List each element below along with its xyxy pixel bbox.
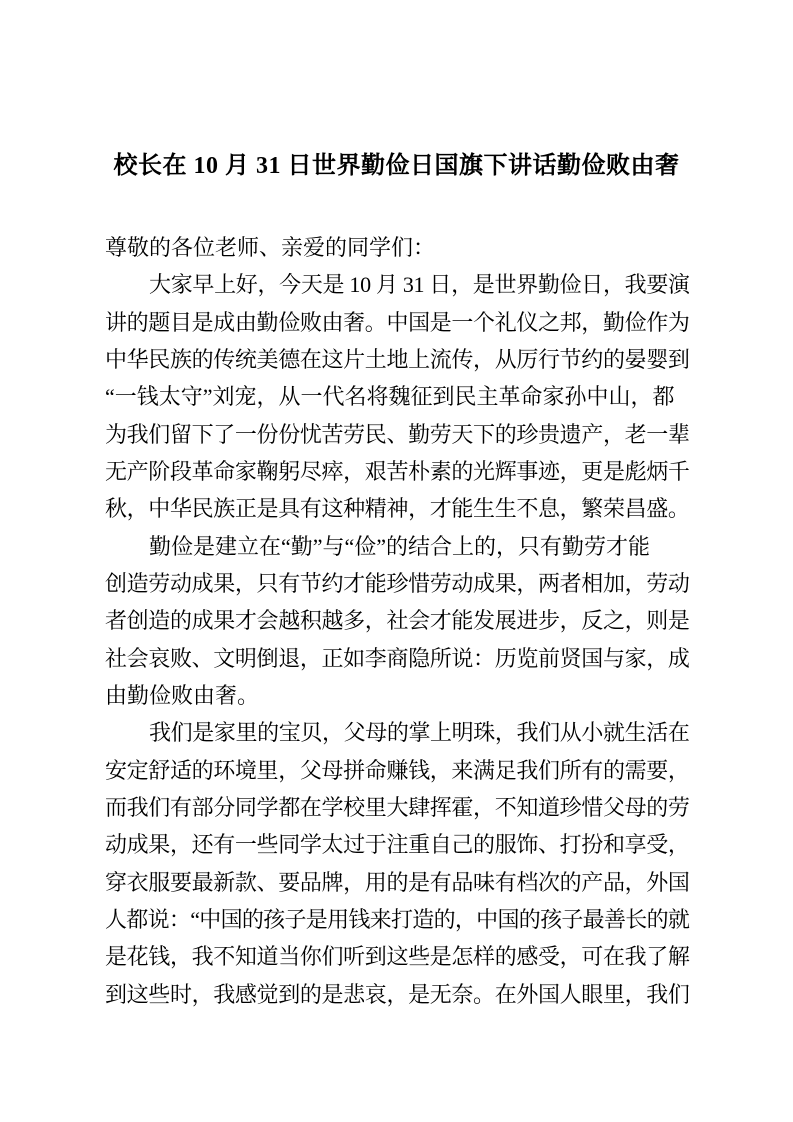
text-line: 由勤俭败由奢。	[105, 677, 690, 714]
text-line: 大家早上好，今天是 10 月 31 日，是世界勤俭日，我要演	[105, 266, 690, 303]
text-line: 讲的题目是成由勤俭败由奢。中国是一个礼仪之邦，勤俭作为	[105, 304, 690, 341]
document-body: 尊敬的各位老师、亲爱的同学们：大家早上好，今天是 10 月 31 日，是世界勤俭…	[105, 229, 690, 1013]
text-line: 秋，中华民族正是具有这种精神，才能生生不息，繁荣昌盛。	[105, 490, 690, 527]
text-line: 安定舒适的环境里，父母拼命赚钱，来满足我们所有的需要，	[105, 752, 690, 789]
text-line: 者创造的成果才会越积越多，社会才能发展进步，反之，则是	[105, 602, 690, 639]
text-line: 动成果，还有一些同学太过于注重自己的服饰、打扮和享受，	[105, 826, 690, 863]
text-line: 中华民族的传统美德在这片土地上流传，从厉行节约的晏婴到	[105, 341, 690, 378]
text-line: 而我们有部分同学都在学校里大肆挥霍，不知道珍惜父母的劳	[105, 789, 690, 826]
text-line: 社会哀败、文明倒退，正如李商隐所说：历览前贤国与家，成	[105, 640, 690, 677]
text-line: 是花钱，我不知道当你们听到这些是怎样的感受，可在我了解	[105, 938, 690, 975]
text-line: 穿衣服要最新款、要品牌，用的是有品味有档次的产品，外国	[105, 864, 690, 901]
text-line: “一钱太守”刘宠，从一代名将魏征到民主革命家孙中山，都	[105, 378, 690, 415]
text-line: 尊敬的各位老师、亲爱的同学们：	[105, 229, 690, 266]
text-line: 人都说：“中国的孩子是用钱来打造的，中国的孩子最善长的就	[105, 901, 690, 938]
document-page: 校长在 10 月 31 日世界勤俭日国旗下讲话勤俭败由奢 尊敬的各位老师、亲爱的…	[0, 0, 793, 1122]
text-line: 到这些时，我感觉到的是悲哀，是无奈。在外国人眼里，我们	[105, 976, 690, 1013]
text-line: 创造劳动成果，只有节约才能珍惜劳动成果，两者相加，劳动	[105, 565, 690, 602]
text-line: 无产阶段革命家鞠躬尽瘁，艰苦朴素的光辉事迹，更是彪炳千	[105, 453, 690, 490]
text-line: 勤俭是建立在“勤”与“俭”的结合上的，只有勤劳才能	[105, 528, 690, 565]
text-line: 我们是家里的宝贝，父母的掌上明珠，我们从小就生活在	[105, 714, 690, 751]
document-title: 校长在 10 月 31 日世界勤俭日国旗下讲话勤俭败由奢	[0, 146, 793, 186]
text-line: 为我们留下了一份份忧苦劳民、勤劳天下的珍贵遗产，老一辈	[105, 416, 690, 453]
